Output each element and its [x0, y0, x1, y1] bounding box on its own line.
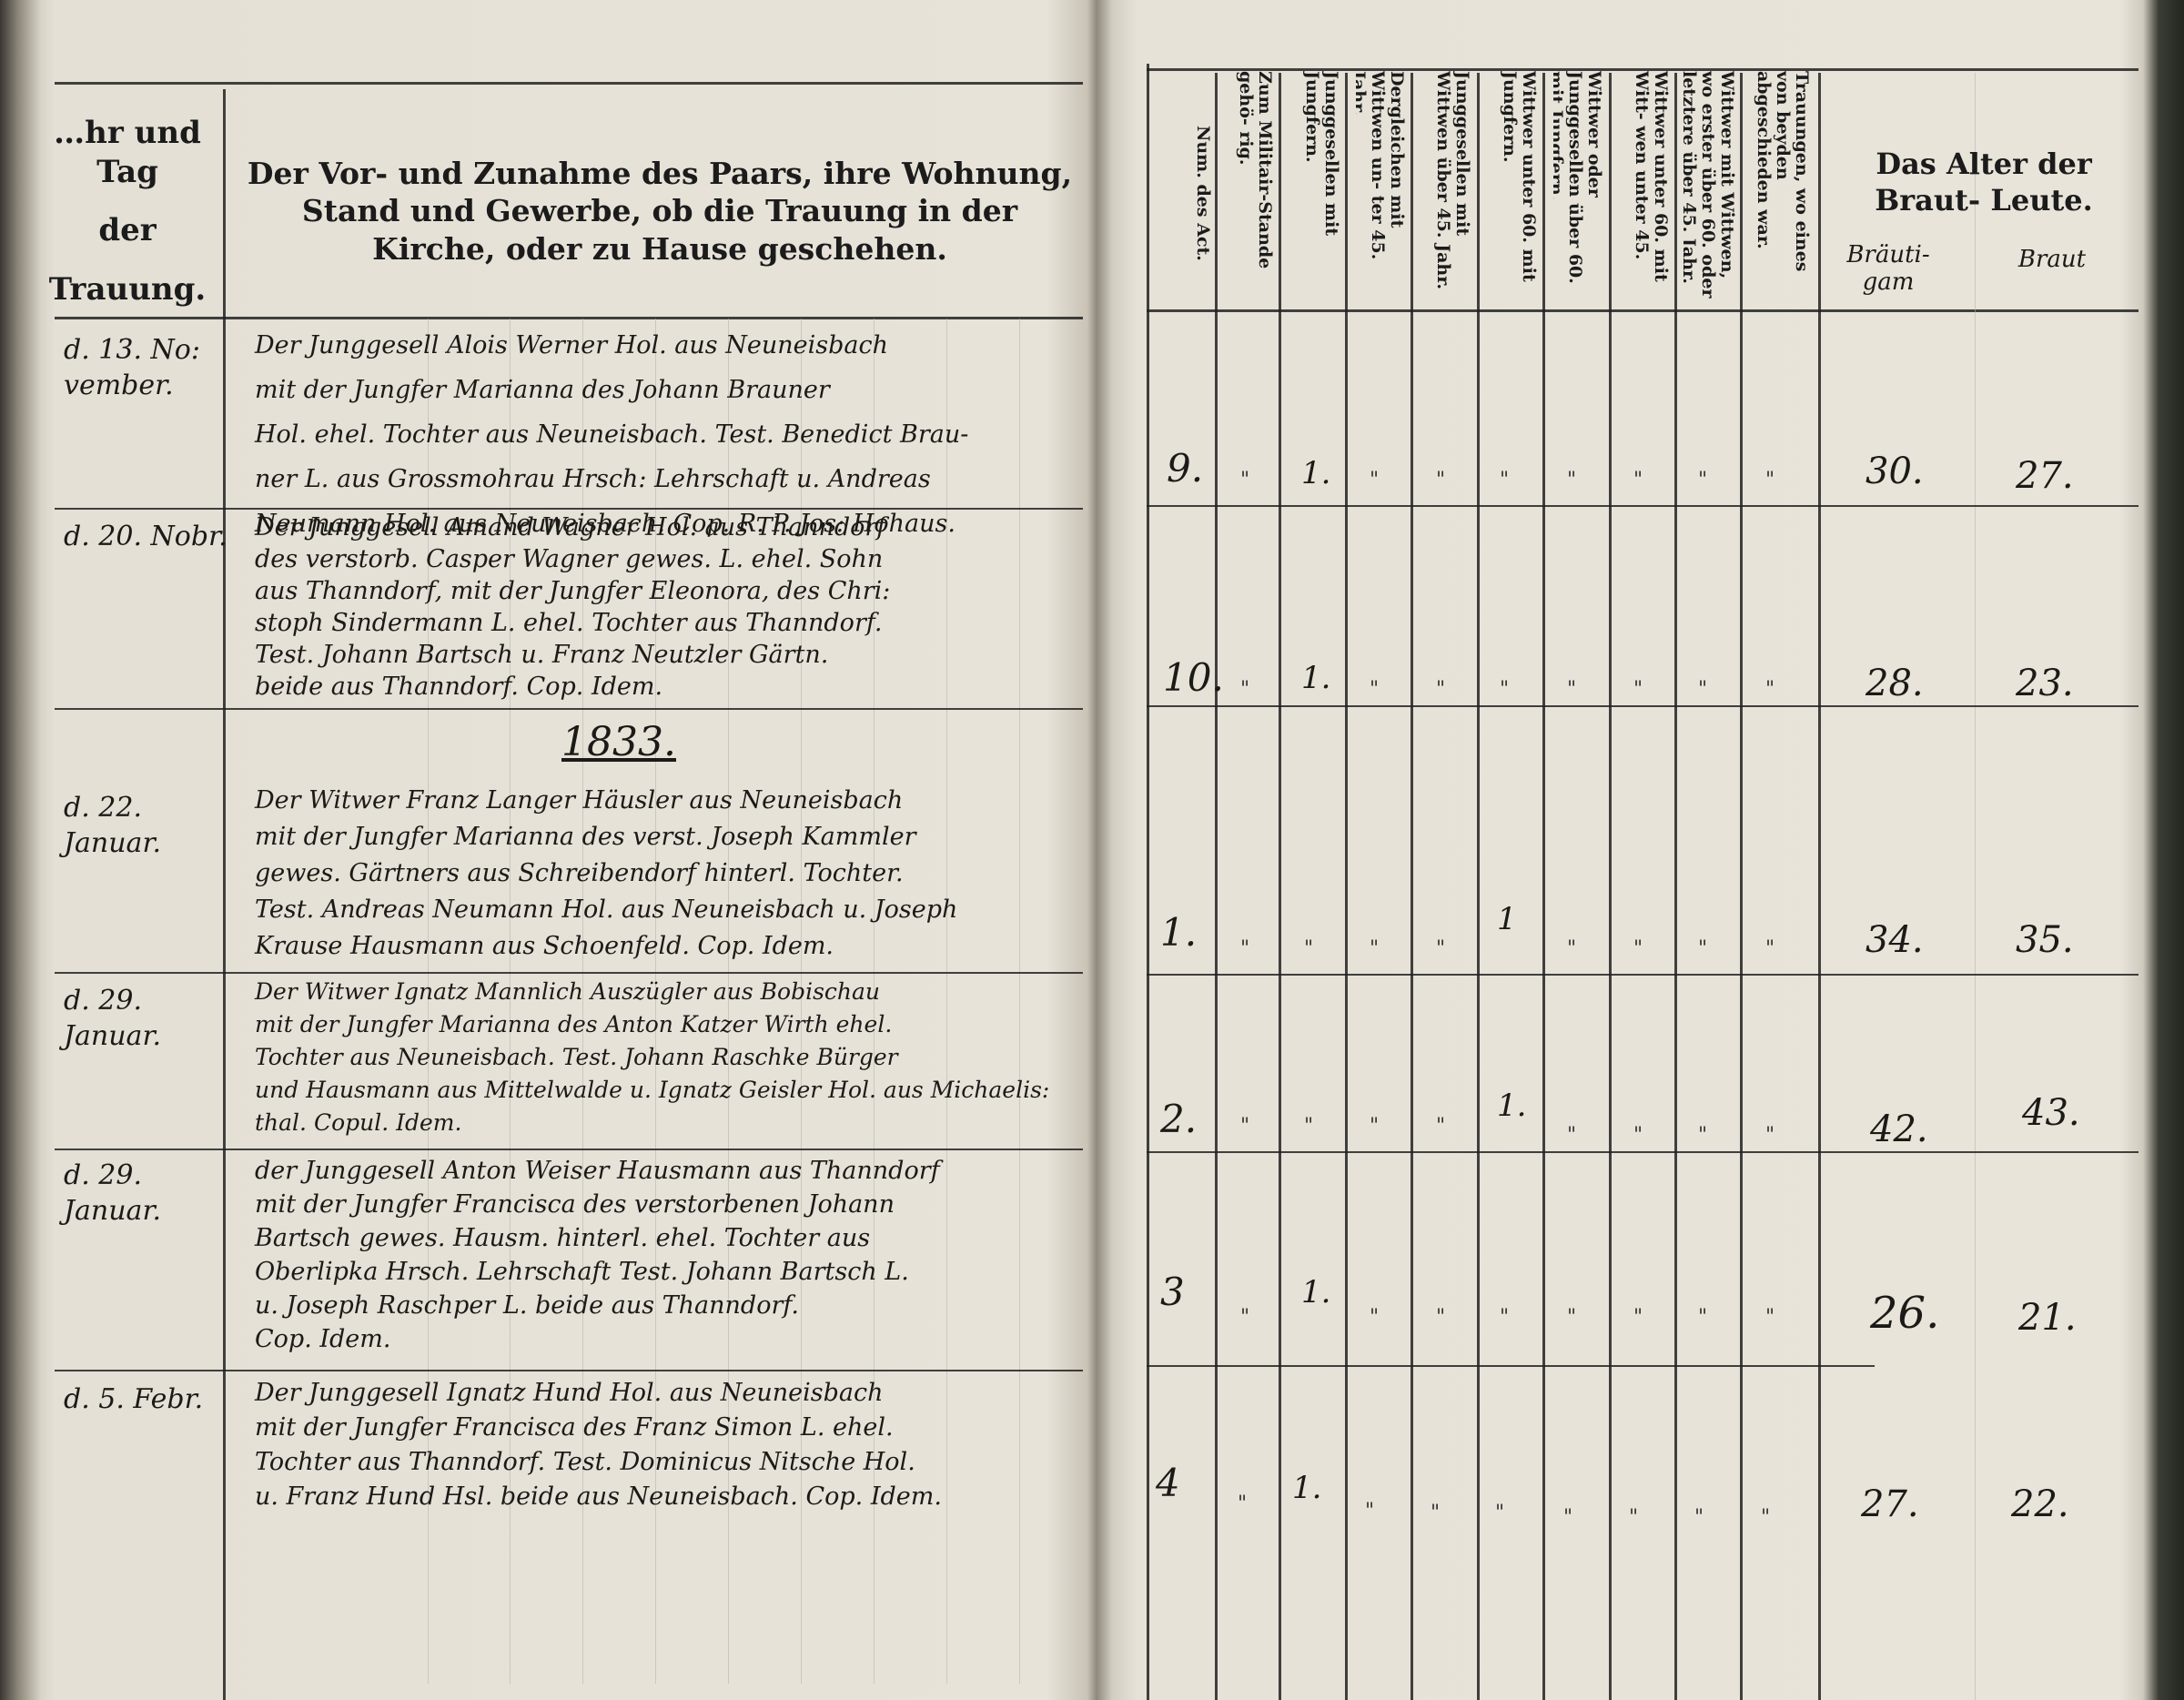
entry-text: der Junggesell Anton Weiser Hausmann aus…	[255, 1154, 1074, 1356]
age-header: Das Alter der Braut- Leute.	[1829, 146, 2138, 218]
entry-line: mit der Jungfer Marianna des verst. Jose…	[255, 819, 1074, 855]
tally-mark: "	[1698, 678, 1707, 701]
tally-mark: "	[1765, 1124, 1774, 1147]
tally-mark: "	[1633, 937, 1643, 960]
entry-line: u. Franz Hund Hsl. beide aus Neuneisbach…	[255, 1480, 1074, 1514]
age-bride: 21.	[2018, 1297, 2077, 1339]
column-rule	[1279, 73, 1281, 1700]
tally-mark: "	[1436, 469, 1445, 491]
entry-divider	[55, 1149, 1083, 1150]
tally-mark: "	[1370, 1115, 1379, 1138]
tally-mark: "	[1365, 1500, 1374, 1523]
entry-line: Der Junggesell Ignatz Hund Hol. aus Neun…	[255, 1376, 1074, 1411]
date-column-header: …hr und Tag der Trauung.	[36, 114, 218, 329]
entry-line: stoph Sindermann L. ehel. Tochter aus Th…	[255, 607, 1074, 639]
tally-mark: "	[1694, 1506, 1704, 1529]
age-subheader-bride: Braut	[2002, 246, 2102, 273]
year-marker: 1833.	[528, 719, 710, 765]
tally-mark: "	[1500, 1306, 1509, 1329]
tally-mark: "	[1240, 678, 1249, 701]
act-number: 1.	[1160, 910, 1197, 955]
entry-line: und Hausmann aus Mittelwalde u. Ignatz G…	[255, 1074, 1074, 1107]
entry-line: Der Witwer Franz Langer Häusler aus Neun…	[255, 783, 1074, 819]
col-header-widower-widow-older: Wittwer mit Wittwen, wo erster über 60. …	[1683, 71, 1736, 308]
tally-mark: "	[1633, 1306, 1643, 1329]
column-rule	[1542, 73, 1545, 1700]
tally-mark: "	[1240, 469, 1249, 491]
tally-mark: "	[1304, 937, 1313, 960]
row-divider	[1147, 705, 2138, 707]
entry-line: Krause Hausmann aus Schoenfeld. Cop. Ide…	[255, 928, 1074, 965]
tally-mark: "	[1567, 1306, 1576, 1329]
date-line: d. 13. No:	[64, 332, 246, 368]
age-bride: 43.	[2022, 1092, 2080, 1134]
entry-line: Tochter aus Thanndorf. Test. Dominicus N…	[255, 1445, 1074, 1480]
tally-mark: "	[1240, 1115, 1249, 1138]
col-header-widower-widow-under45: Wittwer unter 60. mit Witt- wen unter 45…	[1620, 71, 1670, 308]
entry-line: Cop. Idem.	[255, 1322, 1074, 1356]
tally-mark: 1.	[1292, 1470, 1321, 1506]
tally-mark: "	[1500, 469, 1509, 491]
entry-text: Der Junggesell Amand Wagner Hol. aus Tha…	[255, 511, 1074, 703]
age-groom: 26.	[1870, 1288, 1939, 1339]
tally-mark: "	[1567, 678, 1576, 701]
tally-mark: "	[1633, 469, 1643, 491]
entry-divider	[55, 972, 1083, 974]
tally-mark: "	[1436, 1306, 1445, 1329]
tally-mark: "	[1500, 678, 1509, 701]
column-rule	[1609, 73, 1612, 1700]
entry-line: des verstorb. Casper Wagner gewes. L. eh…	[255, 543, 1074, 575]
column-rule	[1818, 73, 1821, 1700]
right-page: Num. des Act. Zum Militair-Stande gehö- …	[1137, 0, 2148, 1700]
tally-mark: "	[1698, 1124, 1707, 1147]
tally-mark: 1.	[1301, 1274, 1330, 1310]
entry-line: Oberlipka Hrsch. Lehrschaft Test. Johann…	[255, 1255, 1074, 1289]
entry-text: Der Witwer Ignatz Mannlich Auszügler aus…	[255, 976, 1074, 1139]
age-bride: 35.	[2016, 919, 2074, 961]
ledger-line	[1975, 73, 1976, 1700]
entry-divider	[55, 1370, 1083, 1371]
date-line: d. 20. Nobr.	[64, 519, 246, 554]
col-header-military: Zum Militair-Stande gehö- rig.	[1224, 71, 1274, 308]
age-bride: 22.	[2011, 1483, 2069, 1525]
column-rule	[1477, 73, 1480, 1700]
entry-line: mit der Jungfer Francisca des Franz Simo…	[255, 1411, 1074, 1445]
entry-line: aus Thanndorf, mit der Jungfer Eleonora,…	[255, 575, 1074, 607]
column-rule	[1345, 73, 1348, 1700]
tally-mark: "	[1633, 1124, 1643, 1147]
date-line: d. 29. Januar.	[64, 983, 246, 1054]
header-bottom-rule	[1147, 309, 2138, 312]
act-number: 10.	[1163, 655, 1224, 700]
age-groom: 27.	[1861, 1483, 1919, 1525]
act-number: 2.	[1160, 1097, 1197, 1141]
date-line: d. 29. Januar.	[64, 1158, 246, 1229]
col-header-bachelor-widow-over45: Junggesellen mit Wittwen über 45. Jahr.	[1421, 71, 1471, 308]
age-groom: 30.	[1865, 450, 1924, 492]
entry-line: ner L. aus Grossmohrau Hrsch: Lehrschaft…	[255, 457, 1074, 501]
tally-mark: "	[1567, 937, 1576, 960]
entry-line: beide aus Thanndorf. Cop. Idem.	[255, 671, 1074, 703]
entry-line: Der Witwer Ignatz Mannlich Auszügler aus…	[255, 976, 1074, 1008]
tally-mark: "	[1370, 469, 1379, 491]
tally-mark: "	[1436, 1115, 1445, 1138]
tally-mark: "	[1633, 678, 1643, 701]
tally-mark: 1	[1497, 901, 1517, 937]
entry-line: Der Junggesell Alois Werner Hol. aus Neu…	[255, 323, 1074, 368]
col-header-widower-under60-maiden: Wittwer unter 60. mit Jungfern.	[1488, 71, 1538, 308]
tally-mark: "	[1765, 1306, 1774, 1329]
tally-mark: 1.	[1301, 455, 1330, 491]
tally-mark: "	[1698, 1306, 1707, 1329]
tally-mark: "	[1567, 469, 1576, 491]
date-column-divider	[223, 89, 226, 1700]
row-divider	[1147, 505, 2138, 507]
header-line: Trauung.	[36, 270, 218, 309]
tally-mark: "	[1370, 678, 1379, 701]
entry-date: d. 29. Januar.	[64, 1158, 246, 1229]
entry-line: gewes. Gärtners aus Schreibendorf hinter…	[255, 855, 1074, 892]
tally-mark: "	[1304, 1115, 1313, 1138]
col-header-bachelor-maiden: Junggesellen mit Jungfern.	[1290, 71, 1340, 308]
entry-line: mit der Jungfer Marianna des Anton Katze…	[255, 1008, 1074, 1041]
tally-mark: "	[1765, 469, 1774, 491]
act-number: 4	[1156, 1461, 1180, 1505]
column-rule	[1215, 73, 1218, 1700]
header-line: der	[36, 211, 218, 250]
entry-line: thal. Copul. Idem.	[255, 1107, 1074, 1139]
column-rule	[1674, 73, 1677, 1700]
entry-date: d. 29. Januar.	[64, 983, 246, 1054]
entry-line: der Junggesell Anton Weiser Hausmann aus…	[255, 1154, 1074, 1188]
tally-mark: "	[1495, 1502, 1504, 1524]
col-header-over60-maiden: Wittwer oder Junggesellen über 60. mit J…	[1553, 71, 1603, 308]
header-line: …hr und Tag	[36, 114, 218, 191]
entry-text: Der Witwer Franz Langer Häusler aus Neun…	[255, 783, 1074, 965]
entry-divider	[55, 708, 1083, 710]
column-rule	[1740, 73, 1743, 1700]
top-rule	[55, 82, 1083, 85]
age-groom: 28.	[1865, 663, 1924, 704]
tally-mark: "	[1240, 1306, 1249, 1329]
register-book-spread: …hr und Tag der Trauung. Der Vor- und Zu…	[0, 0, 2184, 1700]
age-bride: 27.	[2016, 455, 2074, 497]
age-bride: 23.	[2016, 663, 2074, 704]
names-column-header: Der Vor- und Zunahme des Paars, ihre Woh…	[246, 155, 1074, 268]
entry-line: Tochter aus Neuneisbach. Test. Johann Ra…	[255, 1041, 1074, 1074]
entry-line: Hol. ehel. Tochter aus Neuneisbach. Test…	[255, 412, 1074, 457]
left-page: …hr und Tag der Trauung. Der Vor- und Zu…	[36, 0, 1092, 1700]
row-divider	[1147, 974, 2138, 976]
entry-date: d. 22. Januar.	[64, 790, 246, 861]
row-divider	[1147, 1151, 2138, 1153]
age-groom: 42.	[1870, 1108, 1928, 1150]
tally-mark: "	[1567, 1124, 1576, 1147]
entry-line: mit der Jungfer Marianna des Johann Brau…	[255, 368, 1074, 412]
tally-mark: "	[1629, 1506, 1638, 1529]
entry-line: Der Junggesell Amand Wagner Hol. aus Tha…	[255, 511, 1074, 543]
age-subheader-groom: Bräuti- gam	[1838, 241, 1938, 296]
tally-mark: "	[1240, 937, 1249, 960]
date-line: vember.	[64, 368, 246, 403]
row-divider	[1147, 1365, 1875, 1367]
age-groom: 34.	[1865, 919, 1924, 961]
col-header-bachelor-widow-under45: Dergleichen mit Wittwen un- ter 45. Jahr…	[1356, 71, 1406, 308]
col-header-num: Num. des Act.	[1158, 71, 1212, 362]
date-line: d. 22. Januar.	[64, 790, 246, 861]
act-number: 3	[1160, 1270, 1185, 1314]
entry-line: Bartsch gewes. Hausm. hinterl. ehel. Toc…	[255, 1221, 1074, 1255]
tally-mark: "	[1370, 1306, 1379, 1329]
tally-mark: "	[1698, 937, 1707, 960]
column-rule	[1147, 64, 1149, 1700]
entry-date: d. 20. Nobr.	[64, 519, 246, 554]
tally-mark: "	[1765, 937, 1774, 960]
entry-line: Test. Andreas Neumann Hol. aus Neuneisba…	[255, 892, 1074, 928]
entry-text: Der Junggesell Ignatz Hund Hol. aus Neun…	[255, 1376, 1074, 1514]
act-number: 9.	[1167, 446, 1203, 491]
tally-mark: "	[1436, 937, 1445, 960]
tally-mark: 1.	[1301, 660, 1330, 696]
entry-date: d. 13. No: vember.	[64, 332, 246, 403]
tally-mark: "	[1761, 1506, 1770, 1529]
tally-mark: "	[1431, 1502, 1440, 1524]
column-rule	[1410, 73, 1413, 1700]
tally-mark: "	[1436, 678, 1445, 701]
entry-line: u. Joseph Raschper L. beide aus Thanndor…	[255, 1289, 1074, 1322]
date-line: d. 5. Febr.	[64, 1381, 246, 1417]
entry-date: d. 5. Febr.	[64, 1381, 246, 1417]
tally-mark: "	[1563, 1506, 1572, 1529]
entry-line: Test. Johann Bartsch u. Franz Neutzler G…	[255, 639, 1074, 671]
tally-mark: "	[1698, 469, 1707, 491]
col-header-divorced: Trauungen, wo eines von beyden abgeschie…	[1752, 71, 1811, 308]
entry-line: mit der Jungfer Francisca des verstorben…	[255, 1188, 1074, 1221]
tally-mark: "	[1238, 1493, 1247, 1515]
tally-mark: "	[1370, 937, 1379, 960]
tally-mark: 1.	[1497, 1088, 1526, 1124]
tally-mark: "	[1765, 678, 1774, 701]
